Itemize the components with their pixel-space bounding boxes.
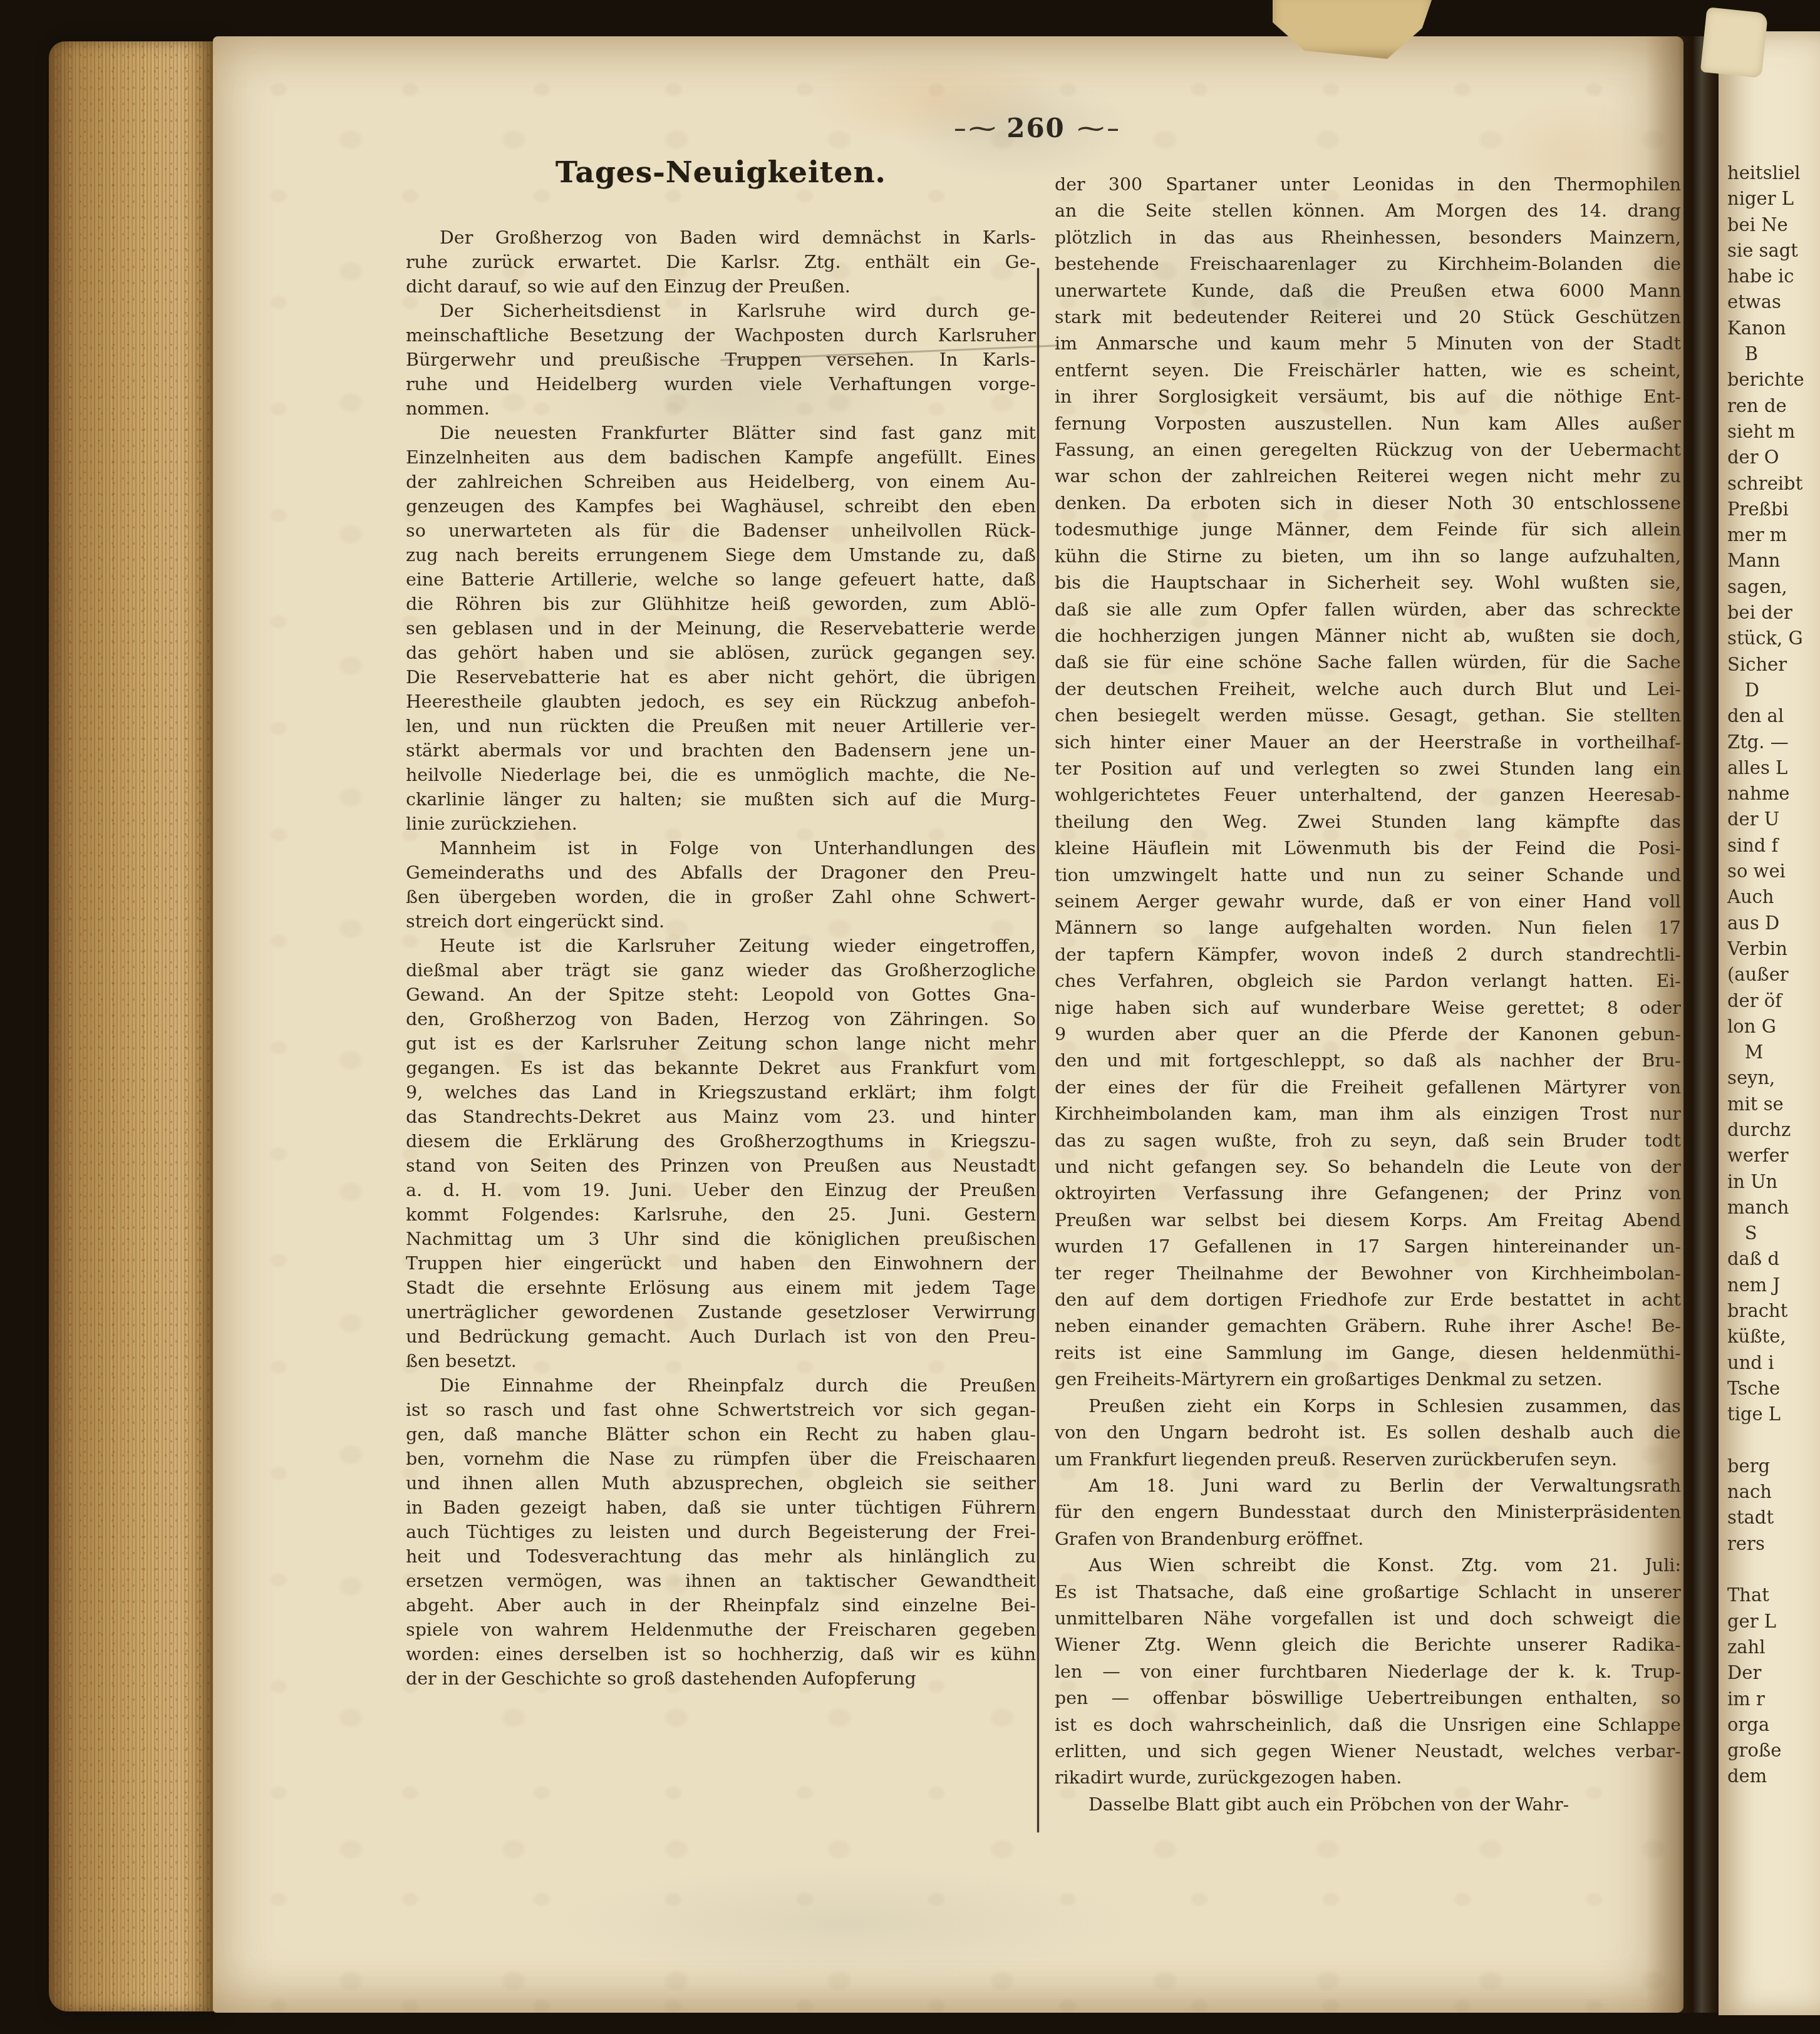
text-line: erlitten, und sich gegen Wiener Neustadt… xyxy=(1055,1738,1681,1765)
text-line: sen geblasen und in der Meinung, die Res… xyxy=(406,616,1036,641)
page-number-flourish-right: ~- xyxy=(1074,113,1119,143)
text-line-fragment: dem xyxy=(1727,1763,1820,1789)
text-line-fragment: und i xyxy=(1727,1350,1820,1376)
text-line: auch Tüchtiges zu leisten und durch Bege… xyxy=(406,1520,1036,1544)
text-line-fragment: Der xyxy=(1727,1660,1820,1686)
text-line-fragment: heitsliel xyxy=(1727,160,1820,186)
paragraph: Preußen zieht ein Korps in Schlesien zus… xyxy=(1055,1393,1681,1473)
text-line: so unerwarteten als für die Badenser unh… xyxy=(406,519,1036,543)
text-line-fragment: durchz xyxy=(1727,1117,1820,1143)
paragraph: Die Einnahme der Rheinpfalz durch die Pr… xyxy=(406,1373,1036,1691)
text-line-fragment: alles L xyxy=(1727,755,1820,781)
text-line: ches Verfahren, obgleich sie Pardon verl… xyxy=(1055,968,1681,994)
text-line: der tapfern Kämpfer, wovon indeß 2 durch… xyxy=(1055,942,1681,968)
text-line: Fassung, an einen geregelten Rückzug von… xyxy=(1055,437,1681,463)
text-line-fragment: schreibt xyxy=(1727,471,1820,497)
text-line-fragment: mer m xyxy=(1727,522,1820,548)
text-line: Heute ist die Karlsruher Zeitung wieder … xyxy=(406,934,1036,958)
text-line: Dasselbe Blatt gibt auch ein Pröbchen vo… xyxy=(1055,1792,1681,1818)
text-line: Der Großherzog von Baden wird demnächst … xyxy=(406,225,1036,250)
text-line: der zahlreichen Schreiben aus Heidelberg… xyxy=(406,470,1036,494)
text-line-fragment: große xyxy=(1727,1738,1820,1763)
text-line-fragment: lon G xyxy=(1727,1014,1820,1040)
text-line: entfernt seyen. Die Freischärler hatten,… xyxy=(1055,358,1681,384)
text-line-fragment: M xyxy=(1727,1040,1820,1065)
text-line-fragment: berichte xyxy=(1727,367,1820,393)
text-line: für den engern Bundesstaat durch den Min… xyxy=(1055,1499,1681,1525)
text-line: Gemeinderaths und des Abfalls der Dragon… xyxy=(406,860,1036,885)
text-line: wurden 17 Gefallenen in 17 Sargen hinter… xyxy=(1055,1234,1681,1260)
text-line: seinem Aerger gewahr wurde, daß er von e… xyxy=(1055,889,1681,915)
text-line: theilung den Weg. Zwei Stunden lang kämp… xyxy=(1055,809,1681,835)
paragraph: Die neuesten Frankfurter Blätter sind fa… xyxy=(406,421,1036,836)
text-line-fragment: sind f xyxy=(1727,833,1820,859)
text-line-fragment: manch xyxy=(1727,1195,1820,1221)
text-line-fragment: so wei xyxy=(1727,859,1820,884)
text-line: genzeugen des Kampfes bei Waghäusel, sch… xyxy=(406,494,1036,519)
text-line: a. d. H. vom 19. Juni. Ueber den Einzug … xyxy=(406,1178,1036,1202)
text-line: ßen besetzt. xyxy=(406,1349,1036,1373)
text-line-fragment: That xyxy=(1727,1582,1820,1608)
page-number: 260 xyxy=(1006,113,1065,143)
text-line-fragment: mit se xyxy=(1727,1092,1820,1117)
text-line: stark mit bedeutender Reiterei und 20 St… xyxy=(1055,304,1681,331)
paragraph: Der Sicherheitsdienst in Karlsruhe wird … xyxy=(406,299,1036,421)
text-line: Gewand. An der Spitze steht: Leopold von… xyxy=(406,983,1036,1007)
text-line: heilvolle Niederlage bei, die es unmögli… xyxy=(406,763,1036,787)
text-line: den, Großherzog von Baden, Herzog von Zä… xyxy=(406,1007,1036,1031)
text-line-fragment: aus D xyxy=(1727,911,1820,936)
text-line: denken. Da erboten sich in dieser Noth 3… xyxy=(1055,490,1681,517)
text-line-fragment: stück, G xyxy=(1727,626,1820,651)
text-line: spiele von wahrem Heldenmuthe der Freisc… xyxy=(406,1618,1036,1642)
text-line-fragment: Mann xyxy=(1727,548,1820,574)
text-line: plötzlich in das aus Rheinhessen, besond… xyxy=(1055,225,1681,251)
text-line-fragment: der öf xyxy=(1727,988,1820,1014)
text-line: wohlgerichtetes Feuer unterhaltend, der … xyxy=(1055,782,1681,808)
text-line: todesmuthige junge Männer, dem Feinde fü… xyxy=(1055,517,1681,543)
text-line: Es ist Thatsache, daß eine großartige Sc… xyxy=(1055,1579,1681,1606)
text-line: der 300 Spartaner unter Leonidas in den … xyxy=(1055,172,1681,198)
text-line: neben einander gemachten Gräbern. Ruhe i… xyxy=(1055,1313,1681,1340)
text-line: gut ist es der Karlsruher Zeitung schon … xyxy=(406,1031,1036,1056)
text-line: Mannheim ist in Folge von Unterhandlunge… xyxy=(406,836,1036,860)
text-line: streich dort eingerückt sind. xyxy=(406,909,1036,934)
text-line: um Frankfurt liegenden preuß. Reserven z… xyxy=(1055,1447,1681,1473)
text-line: zug nach bereits errungenem Siege dem Um… xyxy=(406,543,1036,567)
text-line: das Standrechts-Dekret aus Mainz vom 23.… xyxy=(406,1105,1036,1129)
text-line-fragment: niger L xyxy=(1727,186,1820,212)
text-line: ckarlinie länger zu halten; sie mußten s… xyxy=(406,787,1036,812)
text-line: sich hinter einer Mauer an der Heerstraß… xyxy=(1055,730,1681,756)
text-line: gegangen. Es ist das bekannte Dekret aus… xyxy=(406,1056,1036,1080)
text-line: Truppen hier eingerückt und haben den Ei… xyxy=(406,1251,1036,1276)
text-line-fragment: habe ic xyxy=(1727,264,1820,289)
text-line-fragment: Kanon xyxy=(1727,316,1820,341)
paragraph: Am 18. Juni ward zu Berlin der Verwaltun… xyxy=(1055,1473,1681,1552)
text-line: den auf dem dortigen Friedhofe zur Erde … xyxy=(1055,1287,1681,1313)
text-line-fragment: Auch xyxy=(1727,884,1820,910)
text-line: unmittelbaren Nähe vorgefallen ist und d… xyxy=(1055,1606,1681,1632)
text-line: von den Ungarn bedroht ist. Es sollen de… xyxy=(1055,1420,1681,1446)
text-line-fragment: berg xyxy=(1727,1453,1820,1479)
next-page-text-fragment: heitslielniger Lbei Nesie sagthabe icetw… xyxy=(1727,160,1820,1790)
text-line-fragment xyxy=(1727,1428,1820,1453)
text-line-fragment: Preßbi xyxy=(1727,497,1820,522)
text-line: stärkt abermals vor und brachten den Bad… xyxy=(406,738,1036,763)
text-line: dießmal aber trägt sie ganz wieder das G… xyxy=(406,958,1036,983)
text-line: ter Position auf und verlegten so zwei S… xyxy=(1055,756,1681,782)
text-line-fragment: rers xyxy=(1727,1531,1820,1557)
text-line: rikadirt wurde, zurückgezogen haben. xyxy=(1055,1765,1681,1791)
text-line-fragment: ger L xyxy=(1727,1609,1820,1634)
page-header: -~260~- xyxy=(406,113,1666,143)
text-line-fragment: sagen, xyxy=(1727,574,1820,600)
text-line: Die Einnahme der Rheinpfalz durch die Pr… xyxy=(406,1373,1036,1398)
article-heading: Tages-Neuigkeiten. xyxy=(406,155,1036,190)
text-line: ist es doch wahrscheinlich, daß die Unsr… xyxy=(1055,1712,1681,1738)
text-line-fragment: (außer xyxy=(1727,962,1820,988)
text-line-fragment: Tsche xyxy=(1727,1376,1820,1402)
text-line-fragment: werfer xyxy=(1727,1143,1820,1169)
paragraph: Der Großherzog von Baden wird demnächst … xyxy=(406,225,1036,299)
text-line: pen — offenbar böswillige Uebertreibunge… xyxy=(1055,1685,1681,1711)
text-line: chen besiegelt werden müsse. Gesagt, get… xyxy=(1055,703,1681,729)
text-line-fragment: ren de xyxy=(1727,393,1820,419)
text-line: nige haben sich auf wunderbare Weise ger… xyxy=(1055,995,1681,1021)
text-line: daß sie für eine schöne Sache fallen wür… xyxy=(1055,649,1681,676)
text-line: Männern so lange aufgehalten worden. Nun… xyxy=(1055,915,1681,941)
paragraph: Heute ist die Karlsruher Zeitung wieder … xyxy=(406,934,1036,1373)
text-line: stand von Seiten des Prinzen von Preußen… xyxy=(406,1154,1036,1178)
text-line-fragment: etwas xyxy=(1727,289,1820,315)
text-line: Preußen zieht ein Korps in Schlesien zus… xyxy=(1055,1393,1681,1420)
text-line: Stadt die ersehnte Erlösung aus einem mi… xyxy=(406,1276,1036,1300)
text-line: linie zurückziehen. xyxy=(406,812,1036,836)
text-line: in Baden gezeigt haben, daß sie unter tü… xyxy=(406,1495,1036,1520)
text-line: der deutschen Freiheit, welche auch durc… xyxy=(1055,676,1681,703)
text-line: Der Sicherheitsdienst in Karlsruhe wird … xyxy=(406,299,1036,323)
text-line: Einzelnheiten aus dem badischen Kampfe a… xyxy=(406,445,1036,470)
text-line: eine Batterie Artillerie, welche so lang… xyxy=(406,567,1036,592)
desk-background: { "page": { "number": "260", "flourish_l… xyxy=(0,0,1820,2034)
book-fore-edge xyxy=(49,41,214,2011)
text-line: kommt Folgendes: Karlsruhe, den 25. Juni… xyxy=(406,1202,1036,1227)
text-line-fragment: nem J xyxy=(1727,1273,1820,1298)
text-line: das gehört haben und sie ablösen, zurück… xyxy=(406,641,1036,665)
paragraph: der 300 Spartaner unter Leonidas in den … xyxy=(1055,172,1681,1393)
text-line: heit und Todesverachtung das mehr als hi… xyxy=(406,1544,1036,1569)
text-line: diesem die Erklärung des Großherzogthums… xyxy=(406,1129,1036,1154)
text-line: ersetzen vermögen, was ihnen an taktisch… xyxy=(406,1569,1036,1593)
text-line: kühn die Stirne zu bieten, um ihn so lan… xyxy=(1055,544,1681,570)
text-line-fragment: S xyxy=(1727,1221,1820,1246)
text-line: daß sie alle zum Opfer fallen würden, ab… xyxy=(1055,597,1681,623)
text-line: Kirchheimbolanden kam, man ihm als einzi… xyxy=(1055,1101,1681,1127)
text-line-fragment: nach xyxy=(1727,1479,1820,1505)
text-line: gen Freiheits-Märtyrern ein großartiges … xyxy=(1055,1366,1681,1393)
text-line: Preußen war selbst bei diesem Korps. Am … xyxy=(1055,1207,1681,1234)
text-line: im Anmarsche und kaum mehr 5 Minuten von… xyxy=(1055,331,1681,357)
text-line-fragment: sie sagt xyxy=(1727,238,1820,264)
text-line: worden: eines derselben ist so hochherzi… xyxy=(406,1642,1036,1666)
text-line-fragment: D xyxy=(1727,678,1820,703)
text-line: oktroyirten Verfassung ihre Gefangenen; … xyxy=(1055,1180,1681,1207)
text-line-fragment xyxy=(1727,1557,1820,1582)
text-line-fragment: bei der xyxy=(1727,600,1820,626)
text-line: gen, daß manche Blätter schon ein Recht … xyxy=(406,1422,1036,1447)
text-line-fragment: bei Ne xyxy=(1727,212,1820,238)
text-line: und Bedrückung gemacht. Auch Durlach ist… xyxy=(406,1324,1036,1349)
text-line: und ihnen allen Muth abzusprechen, obgle… xyxy=(406,1471,1036,1495)
text-line-fragment: nahme xyxy=(1727,781,1820,807)
text-line-fragment: Verbin xyxy=(1727,936,1820,962)
text-line: bis die Hauptschaar in Sicherheit sey. W… xyxy=(1055,570,1681,596)
paragraph: Aus Wien schreibt die Konst. Ztg. vom 21… xyxy=(1055,1552,1681,1792)
text-line: und nicht gefangen sey. So behandeln die… xyxy=(1055,1154,1681,1180)
text-line: len, und nun rückten die Preußen mit neu… xyxy=(406,714,1036,738)
text-line-fragment: sieht m xyxy=(1727,419,1820,445)
text-line: Grafen von Brandenburg eröffnet. xyxy=(1055,1526,1681,1552)
text-line-fragment: bracht xyxy=(1727,1298,1820,1324)
text-line: Bürgerwehr und preußische Truppen verseh… xyxy=(406,348,1036,372)
text-line: dicht darauf, so wie auf den Einzug der … xyxy=(406,274,1036,299)
text-line: ßen übergeben worden, die in großer Zahl… xyxy=(406,885,1036,909)
text-line-fragment: daß d xyxy=(1727,1246,1820,1272)
text-line: unerwartete Kunde, daß die Preußen etwa … xyxy=(1055,278,1681,304)
text-line-fragment: seyn, xyxy=(1727,1065,1820,1091)
middle-text-column: der 300 Spartaner unter Leonidas in den … xyxy=(1055,172,1681,1818)
text-line: an die Seite stellen können. Am Morgen d… xyxy=(1055,198,1681,224)
column-divider-rule xyxy=(1037,268,1039,1832)
text-line: ter reger Theilnahme der Bewohner von Ki… xyxy=(1055,1261,1681,1287)
page-number-flourish-left: -~ xyxy=(953,113,998,143)
paragraph: Mannheim ist in Folge von Unterhandlunge… xyxy=(406,836,1036,934)
text-line: fernung Vorposten auszustellen. Nun kam … xyxy=(1055,411,1681,437)
text-line: die Röhren bis zur Glühhitze heiß geword… xyxy=(406,592,1036,616)
text-line: Die neuesten Frankfurter Blätter sind fa… xyxy=(406,421,1036,445)
text-line: Aus Wien schreibt die Konst. Ztg. vom 21… xyxy=(1055,1552,1681,1579)
text-line-fragment: der O xyxy=(1727,445,1820,470)
text-line: reits ist eine Sammlung im Gange, diesen… xyxy=(1055,1340,1681,1366)
text-line-fragment: Sicher xyxy=(1727,652,1820,678)
text-line: len — von einer furchtbaren Niederlage d… xyxy=(1055,1659,1681,1685)
text-line: bestehende Freischaarenlager zu Kirchhei… xyxy=(1055,251,1681,277)
text-line: ruhe und Heidelberg wurden viele Verhaft… xyxy=(406,372,1036,396)
text-line-fragment: B xyxy=(1727,341,1820,367)
text-line-fragment: orga xyxy=(1727,1712,1820,1738)
text-line: ben, vornehm die Nase zu rümpfen über di… xyxy=(406,1447,1036,1471)
text-line: der eines der für die Freiheit gefallene… xyxy=(1055,1075,1681,1101)
text-line-fragment: der U xyxy=(1727,807,1820,832)
text-line: der in der Geschichte so groß dastehende… xyxy=(406,1666,1036,1691)
text-line: unerträglicher gewordenen Zustande geset… xyxy=(406,1300,1036,1324)
text-line: ist so rasch und fast ohne Schwertstreic… xyxy=(406,1398,1036,1422)
text-line: 9 wurden aber quer an die Pferde der Kan… xyxy=(1055,1021,1681,1048)
text-line: meinschaftliche Besetzung der Wachposten… xyxy=(406,323,1036,348)
text-line-fragment: stadt xyxy=(1727,1505,1820,1531)
text-line-fragment: Ztg. — xyxy=(1727,730,1820,755)
text-line: Die Reservebatterie hat es aber nicht ge… xyxy=(406,665,1036,689)
text-line: kleine Häuflein mit Löwenmuth bis der Fe… xyxy=(1055,835,1681,862)
text-line-fragment: zahl xyxy=(1727,1634,1820,1660)
text-line: abgeht. Aber auch in der Rheinpfalz sind… xyxy=(406,1593,1036,1618)
paragraph: Dasselbe Blatt gibt auch ein Pröbchen vo… xyxy=(1055,1792,1681,1818)
text-line-fragment: im r xyxy=(1727,1686,1820,1712)
text-line: den und mit fortgeschleppt, so daß als n… xyxy=(1055,1048,1681,1074)
text-line: 9, welches das Land in Kriegszustand erk… xyxy=(406,1080,1036,1105)
text-line: tion umzwingelt hatte und nun zu seiner … xyxy=(1055,862,1681,889)
text-line: Nachmittag um 3 Uhr sind die königlichen… xyxy=(406,1227,1036,1251)
text-line: die hochherzigen jungen Männer nicht ab,… xyxy=(1055,623,1681,649)
text-line-fragment: tige L xyxy=(1727,1402,1820,1427)
text-line: Am 18. Juni ward zu Berlin der Verwaltun… xyxy=(1055,1473,1681,1499)
paper-repair-fragment xyxy=(1700,7,1768,78)
text-line: Wiener Ztg. Wenn gleich die Berichte uns… xyxy=(1055,1632,1681,1658)
text-line-fragment: küßte, xyxy=(1727,1324,1820,1350)
text-line: in ihrer Sorglosigkeit versäumt, bis auf… xyxy=(1055,384,1681,410)
text-line: nommen. xyxy=(406,396,1036,421)
text-line: war schon der zahlreichen Reiterei wegen… xyxy=(1055,463,1681,490)
text-line-fragment: in Un xyxy=(1727,1169,1820,1195)
left-text-column: Der Großherzog von Baden wird demnächst … xyxy=(406,225,1036,1691)
text-line: Heerestheile glaubten jedoch, es sey ein… xyxy=(406,689,1036,714)
text-line: ruhe zurück erwartet. Die Karlsr. Ztg. e… xyxy=(406,250,1036,274)
text-line: das zu sagen wußte, froh zu seyn, daß se… xyxy=(1055,1128,1681,1154)
text-line-fragment: den al xyxy=(1727,703,1820,729)
